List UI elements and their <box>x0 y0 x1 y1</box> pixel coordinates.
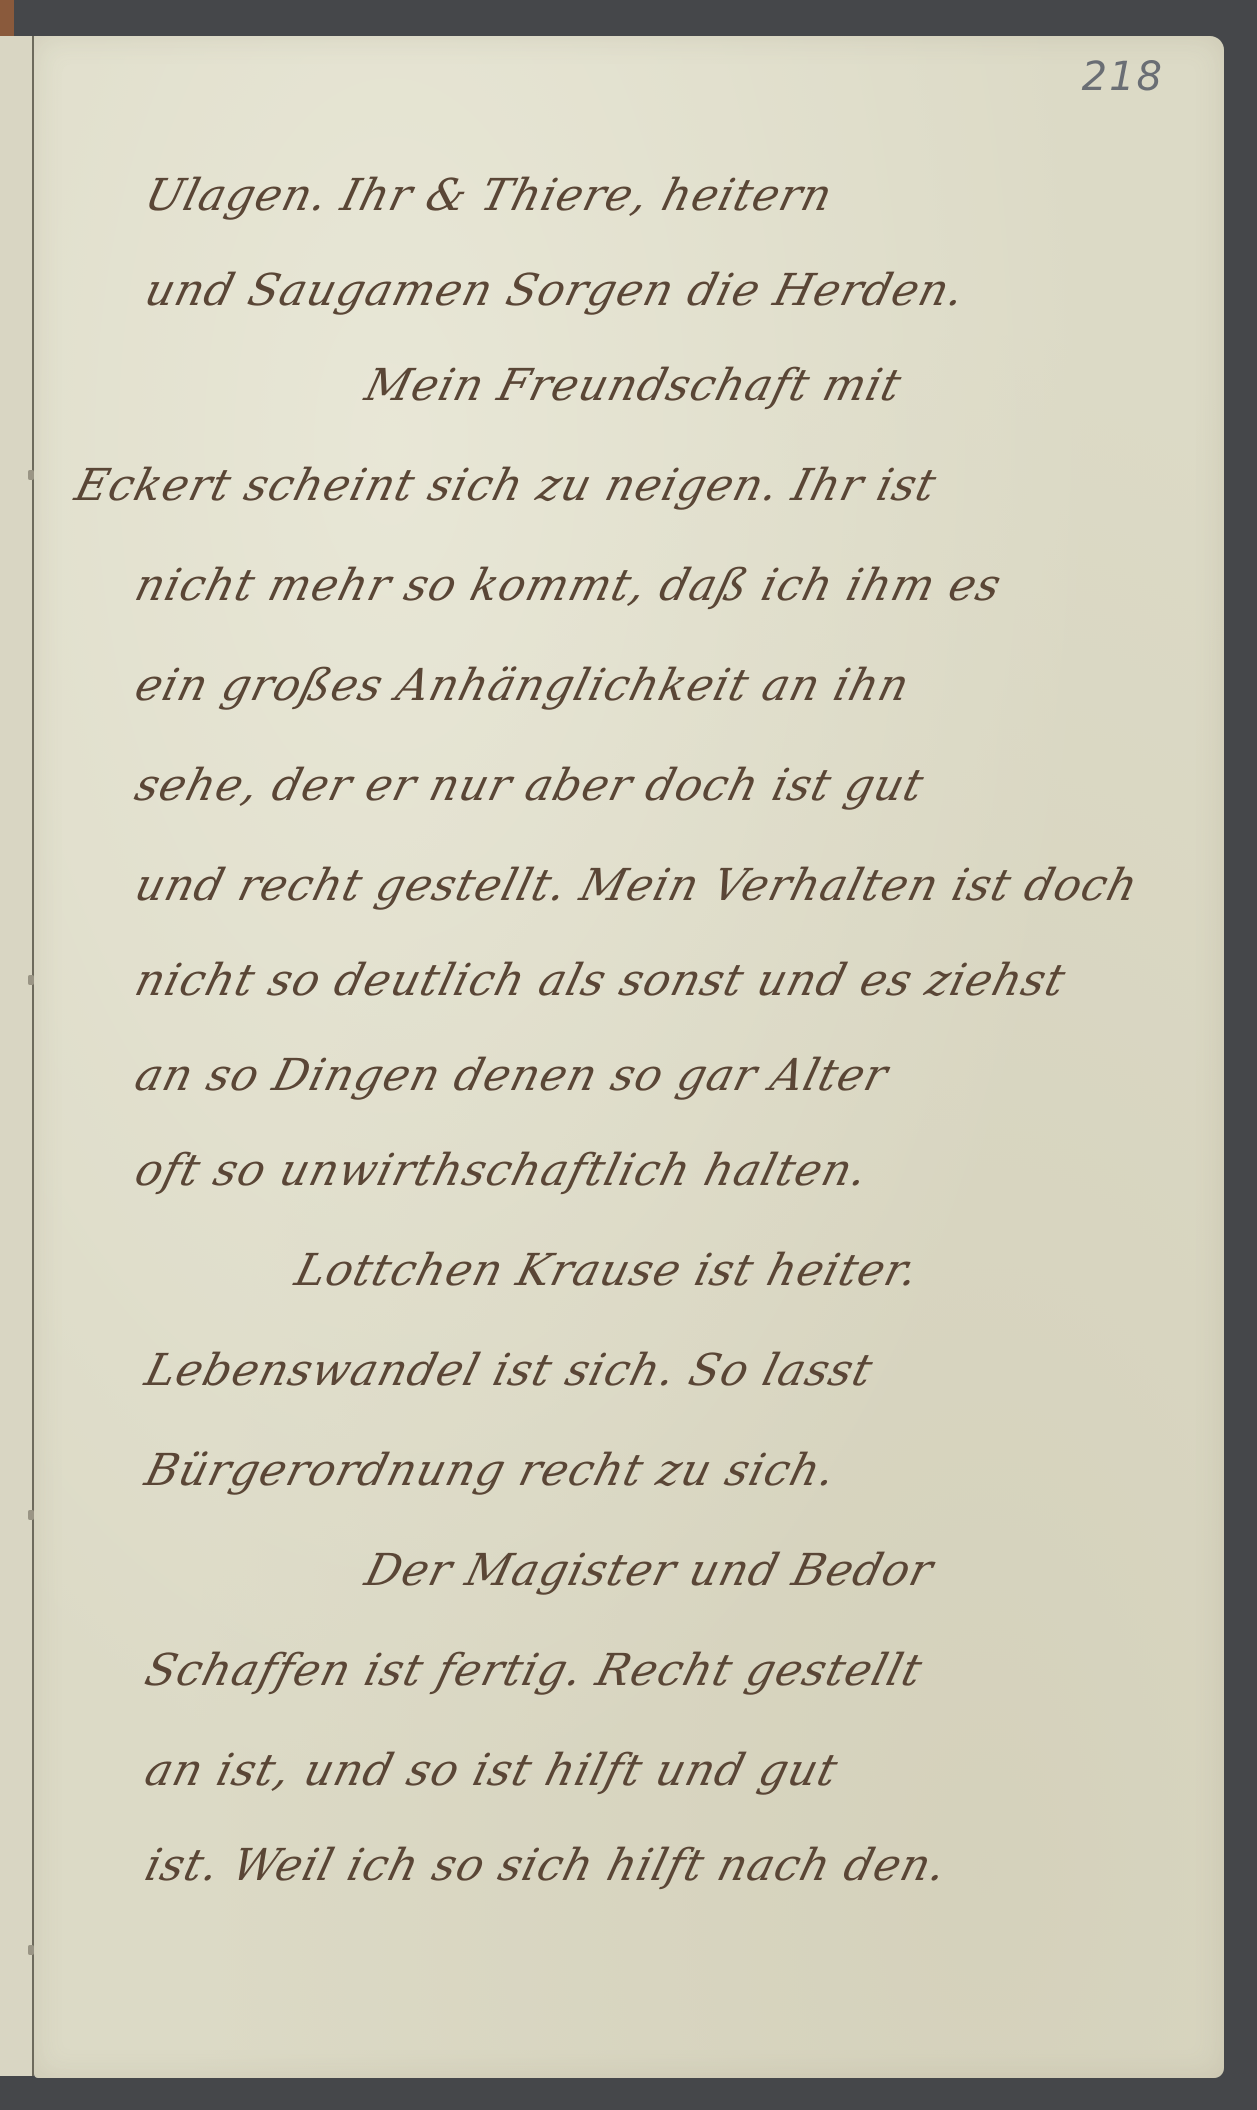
manuscript-line: Bürgerordnung recht zu sich. <box>140 1445 841 1496</box>
left-page-edge <box>0 36 34 2076</box>
manuscript-line: sehe, der er nur aber doch ist gut <box>130 760 929 811</box>
manuscript-line: an ist, und so ist hilft und gut <box>140 1745 843 1796</box>
manuscript-line: an so Dingen denen so gar Alter <box>130 1050 894 1101</box>
manuscript-line: nicht so deutlich als sonst und es ziehs… <box>130 955 1071 1006</box>
manuscript-line: Schaffen ist fertig. Recht gestellt <box>140 1645 928 1696</box>
manuscript-line: und recht gestellt. Mein Verhalten ist d… <box>130 860 1144 911</box>
manuscript-line: ein großes Anhänglichkeit an ihn <box>130 660 915 711</box>
manuscript-line: nicht mehr so kommt, daß ich ihm es <box>130 560 1007 611</box>
manuscript-line: und Saugamen Sorgen die Herden. <box>140 265 970 316</box>
manuscript-line: Ulagen. Ihr & Thiere, heitern <box>140 170 838 221</box>
manuscript-line: oft so unwirthschaftlich halten. <box>130 1145 873 1196</box>
manuscript-line: Lottchen Krause ist heiter. <box>290 1245 924 1296</box>
manuscript-line: Mein Freundschaft mit <box>360 360 907 411</box>
book-spine-edge <box>0 0 14 40</box>
manuscript-line: ist. Weil ich so sich hilft nach den. <box>140 1840 952 1891</box>
manuscript-page: 218 Ulagen. Ihr & Thiere, heiternund Sau… <box>34 36 1224 2078</box>
manuscript-line: Eckert scheint sich zu neigen. Ihr ist <box>70 460 942 511</box>
manuscript-line: Lebenswandel ist sich. So lasst <box>140 1345 878 1396</box>
manuscript-text: Ulagen. Ihr & Thiere, heiternund Saugame… <box>34 36 1224 2078</box>
manuscript-line: Der Magister und Bedor <box>360 1545 939 1596</box>
